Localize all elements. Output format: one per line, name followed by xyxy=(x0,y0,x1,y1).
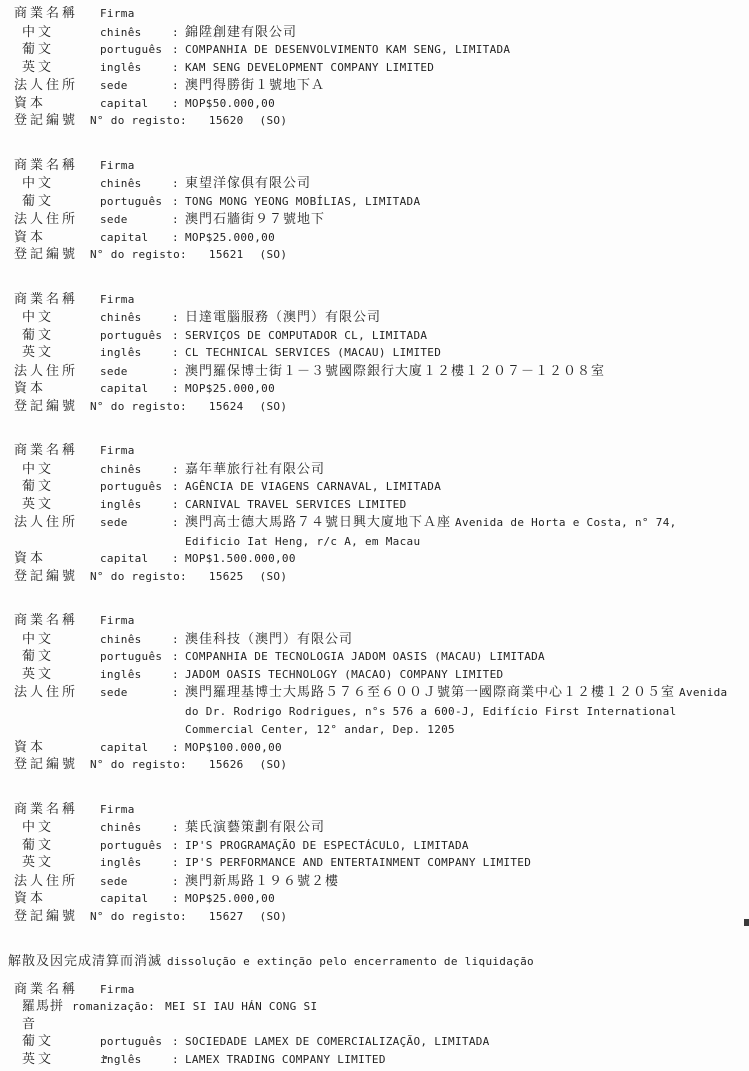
capital-row: 資本 capital :MOP$25.000,00 xyxy=(14,229,737,247)
colon: : xyxy=(172,175,185,193)
chinese-label-pt: chinês xyxy=(100,631,172,649)
chinese-name-row: 中文 chinês :日達電腦服務（澳門）有限公司 xyxy=(14,308,737,327)
registo-suffix: (SO) xyxy=(260,398,288,416)
sede-label-zh: 法人住所 xyxy=(14,211,100,229)
chinese-label-zh: 中文 xyxy=(14,819,100,837)
chinese-name-row: 中文 chinês :錦陞創建有限公司 xyxy=(14,23,737,42)
romanization-value: MEI SI IAU HÁN CONG SI xyxy=(165,998,317,1016)
registo-row: 登記編號 N° do registo: 15627 (SO) xyxy=(14,908,737,926)
english-label-zh: 英文 xyxy=(14,344,100,362)
colon: : xyxy=(172,837,185,855)
capital-row: 資本 capital :MOP$50.000,00 xyxy=(14,95,737,113)
company-entry-dissolved: 商業名稱 Firma 羅馬拼音 romanização: MEI SI IAU … xyxy=(14,981,737,1069)
registo-label-zh: 登記編號 xyxy=(14,908,90,926)
capital-label-pt: capital xyxy=(100,550,172,568)
company-entry-15627: 商業名稱 Firma 中文 chinês :葉氏演藝策劃有限公司 葡文 port… xyxy=(14,801,737,926)
firma-label-zh: 商業名稱 xyxy=(14,981,100,999)
sede-label-zh: 法人住所 xyxy=(14,684,100,702)
english-name-value: :IP'S PERFORMANCE AND ENTERTAINMENT COMP… xyxy=(172,854,737,872)
colon: : xyxy=(172,514,185,532)
sede-value: :澳門得勝街１號地下Ａ xyxy=(172,76,737,95)
registo-number: 15627 xyxy=(209,908,244,926)
chinese-label-pt: chinês xyxy=(100,24,172,42)
sede-row: 法人住所 sede :澳門石牆街９７號地下 xyxy=(14,210,737,229)
section-heading-pt: dissolução e extinção pelo encerramento … xyxy=(167,955,534,968)
capital-label-zh: 資本 xyxy=(14,550,100,568)
sede-label-pt: sede xyxy=(100,363,172,381)
portuguese-name-value: :SOCIEDADE LAMEX DE COMERCIALIZAÇÃO, LIM… xyxy=(172,1033,737,1051)
chinese-name-row: 中文 chinês :澳佳科技（澳門）有限公司 xyxy=(14,630,737,649)
sede-label-pt: sede xyxy=(100,514,172,532)
registo-label-zh: 登記編號 xyxy=(14,756,90,774)
sede-row: 法人住所 sede :澳門得勝街１號地下Ａ xyxy=(14,76,737,95)
chinese-label-zh: 中文 xyxy=(14,175,100,193)
firma-label-pt: Firma xyxy=(100,291,172,309)
capital-value: :MOP$1.500.000,00 xyxy=(172,550,737,568)
english-name-row: 英文 inglês :IP'S PERFORMANCE AND ENTERTAI… xyxy=(14,854,737,872)
chinese-name-row: 中文 chinês :東望洋傢俱有限公司 xyxy=(14,174,737,193)
sede-label-pt: sede xyxy=(100,873,172,891)
english-label-zh: 英文 xyxy=(14,666,100,684)
colon: : xyxy=(172,59,185,77)
chinese-name-value: :澳佳科技（澳門）有限公司 xyxy=(172,630,737,649)
capital-value: :MOP$100.000,00 xyxy=(172,739,737,757)
portuguese-label-zh: 葡文 xyxy=(14,1033,100,1051)
colon: : xyxy=(172,363,185,381)
colon: : xyxy=(172,327,185,345)
firma-label-pt: Firma xyxy=(100,442,172,460)
colon: : xyxy=(172,41,185,59)
firma-row: 商業名稱 Firma xyxy=(14,612,737,630)
chinese-name-value: :錦陞創建有限公司 xyxy=(172,23,737,42)
firma-row: 商業名稱 Firma xyxy=(14,5,737,23)
capital-label-zh: 資本 xyxy=(14,739,100,757)
sede-row: 法人住所 sede :澳門羅理基博士大馬路５７６至６００Ｊ號第一國際商業中心１２… xyxy=(14,683,737,739)
sede-label-pt: sede xyxy=(100,684,172,702)
registo-row: 登記編號 N° do registo: 15620 (SO) xyxy=(14,112,737,130)
scan-speck xyxy=(103,1056,107,1059)
sede-value: :澳門石牆街９７號地下 xyxy=(172,210,737,229)
colon: : xyxy=(172,631,185,649)
capital-row: 資本 capital :MOP$25.000,00 xyxy=(14,890,737,908)
english-name-row: 英文 inglês :LAMEX TRADING COMPANY LIMITED xyxy=(14,1051,737,1069)
capital-label-pt: capital xyxy=(100,380,172,398)
sede-label-pt: sede xyxy=(100,77,172,95)
portuguese-name-value: :AGÊNCIA DE VIAGENS CARNAVAL, LIMITADA xyxy=(172,478,737,496)
registo-label-pt: N° do registo: xyxy=(90,756,187,774)
capital-label-pt: capital xyxy=(100,739,172,757)
firma-row: 商業名稱 Firma xyxy=(14,442,737,460)
firma-label-zh: 商業名稱 xyxy=(14,442,100,460)
registo-number: 15620 xyxy=(209,112,244,130)
chinese-label-pt: chinês xyxy=(100,819,172,837)
english-name-value: :KAM SENG DEVELOPMENT COMPANY LIMITED xyxy=(172,59,737,77)
chinese-label-zh: 中文 xyxy=(14,309,100,327)
registo-label-pt: N° do registo: xyxy=(90,908,187,926)
capital-label-zh: 資本 xyxy=(14,95,100,113)
romanization-label-pt: romanização: xyxy=(72,998,155,1016)
portuguese-label-pt: português xyxy=(100,193,172,211)
firma-label-pt: Firma xyxy=(100,5,172,23)
english-label-zh: 英文 xyxy=(14,1051,100,1069)
colon: : xyxy=(172,229,185,247)
registo-label-zh: 登記編號 xyxy=(14,112,90,130)
firma-row: 商業名稱 Firma xyxy=(14,157,737,175)
registo-suffix: (SO) xyxy=(260,246,288,264)
english-name-value: :CL TECHNICAL SERVICES (MACAU) LIMITED xyxy=(172,344,737,362)
firma-label-zh: 商業名稱 xyxy=(14,157,100,175)
english-label-zh: 英文 xyxy=(14,59,100,77)
firma-row: 商業名稱 Firma xyxy=(14,801,737,819)
portuguese-name-row: 葡文 português :AGÊNCIA DE VIAGENS CARNAVA… xyxy=(14,478,737,496)
registo-label-zh: 登記編號 xyxy=(14,568,90,586)
colon: : xyxy=(172,309,185,327)
registo-label-zh: 登記編號 xyxy=(14,398,90,416)
registo-row: 登記編號 N° do registo: 15621 (SO) xyxy=(14,246,737,264)
colon: : xyxy=(172,77,185,95)
sede-row: 法人住所 sede :澳門高士德大馬路７４號日興大廈地下Ａ座 Avenida d… xyxy=(14,513,737,550)
capital-row: 資本 capital :MOP$100.000,00 xyxy=(14,739,737,757)
sede-label-pt: sede xyxy=(100,211,172,229)
capital-label-pt: capital xyxy=(100,229,172,247)
registo-number: 15625 xyxy=(209,568,244,586)
portuguese-name-value: :COMPANHIA DE TECNOLOGIA JADOM OASIS (MA… xyxy=(172,648,737,666)
colon: : xyxy=(172,193,185,211)
company-entry-15620: 商業名稱 Firma 中文 chinês :錦陞創建有限公司 葡文 portug… xyxy=(14,5,737,130)
portuguese-name-row: 葡文 português :SOCIEDADE LAMEX DE COMERCI… xyxy=(14,1033,737,1051)
chinese-label-zh: 中文 xyxy=(14,24,100,42)
registo-suffix: (SO) xyxy=(260,908,288,926)
portuguese-name-value: :SERVIÇOS DE COMPUTADOR CL, LIMITADA xyxy=(172,327,737,345)
registo-row: 登記編號 N° do registo: 15625 (SO) xyxy=(14,568,737,586)
sede-row: 法人住所 sede :澳門羅保博士街１－３號國際銀行大廈１２樓１２０７－１２０８… xyxy=(14,362,737,381)
firma-label-zh: 商業名稱 xyxy=(14,801,100,819)
capital-label-zh: 資本 xyxy=(14,380,100,398)
english-name-row: 英文 inglês :CARNIVAL TRAVEL SERVICES LIMI… xyxy=(14,496,737,514)
portuguese-label-pt: português xyxy=(100,478,172,496)
english-label-pt: inglês xyxy=(100,1051,172,1069)
english-label-zh: 英文 xyxy=(14,496,100,514)
colon: : xyxy=(172,380,185,398)
colon: : xyxy=(172,1051,185,1069)
portuguese-label-zh: 葡文 xyxy=(14,193,100,211)
section-heading-zh: 解散及因完成清算而消滅 xyxy=(8,954,162,969)
colon: : xyxy=(172,890,185,908)
portuguese-name-row: 葡文 português :IP'S PROGRAMAÇÃO DE ESPECT… xyxy=(14,837,737,855)
chinese-label-zh: 中文 xyxy=(14,631,100,649)
english-label-zh: 英文 xyxy=(14,854,100,872)
firma-label-zh: 商業名稱 xyxy=(14,291,100,309)
portuguese-label-zh: 葡文 xyxy=(14,327,100,345)
capital-value: :MOP$25.000,00 xyxy=(172,229,737,247)
portuguese-label-pt: português xyxy=(100,648,172,666)
company-entry-15626: 商業名稱 Firma 中文 chinês :澳佳科技（澳門）有限公司 葡文 po… xyxy=(14,612,737,774)
colon: : xyxy=(172,648,185,666)
portuguese-name-row: 葡文 português :COMPANHIA DE DESENVOLVIMEN… xyxy=(14,41,737,59)
english-label-pt: inglês xyxy=(100,854,172,872)
portuguese-name-value: :TONG MONG YEONG MOBÍLIAS, LIMITADA xyxy=(172,193,737,211)
portuguese-name-value: :COMPANHIA DE DESENVOLVIMENTO KAM SENG, … xyxy=(172,41,737,59)
english-name-value: :JADOM OASIS TECHNOLOGY (MACAO) COMPANY … xyxy=(172,666,737,684)
romanization-row: 羅馬拼音 romanização: MEI SI IAU HÁN CONG SI xyxy=(14,998,737,1033)
portuguese-label-pt: português xyxy=(100,41,172,59)
colon: : xyxy=(172,1033,185,1051)
colon: : xyxy=(172,95,185,113)
colon: : xyxy=(172,211,185,229)
english-name-row: 英文 inglês :JADOM OASIS TECHNOLOGY (MACAO… xyxy=(14,666,737,684)
colon: : xyxy=(172,550,185,568)
portuguese-name-row: 葡文 português :COMPANHIA DE TECNOLOGIA JA… xyxy=(14,648,737,666)
registo-label-pt: N° do registo: xyxy=(90,246,187,264)
portuguese-label-zh: 葡文 xyxy=(14,478,100,496)
registo-number: 15624 xyxy=(209,398,244,416)
registo-label-pt: N° do registo: xyxy=(90,568,187,586)
registo-label-pt: N° do registo: xyxy=(90,398,187,416)
registo-suffix: (SO) xyxy=(260,568,288,586)
capital-row: 資本 capital :MOP$25.000,00 xyxy=(14,380,737,398)
chinese-label-pt: chinês xyxy=(100,461,172,479)
english-name-value: :LAMEX TRADING COMPANY LIMITED xyxy=(172,1051,737,1069)
firma-label-pt: Firma xyxy=(100,981,172,999)
firma-row: 商業名稱 Firma xyxy=(14,291,737,309)
colon: : xyxy=(172,819,185,837)
colon: : xyxy=(172,24,185,42)
portuguese-name-row: 葡文 português :TONG MONG YEONG MOBÍLIAS, … xyxy=(14,193,737,211)
colon: : xyxy=(172,873,185,891)
capital-row: 資本 capital :MOP$1.500.000,00 xyxy=(14,550,737,568)
capital-value: :MOP$25.000,00 xyxy=(172,890,737,908)
capital-label-pt: capital xyxy=(100,95,172,113)
portuguese-name-value: :IP'S PROGRAMAÇÃO DE ESPECTÁCULO, LIMITA… xyxy=(172,837,737,855)
firma-row: 商業名稱 Firma xyxy=(14,981,737,999)
chinese-label-pt: chinês xyxy=(100,309,172,327)
sede-row: 法人住所 sede :澳門新馬路１９６號２樓 xyxy=(14,872,737,891)
portuguese-label-pt: português xyxy=(100,837,172,855)
section-heading-dissolution: 解散及因完成清算而消滅dissolução e extinção pelo en… xyxy=(8,952,737,971)
portuguese-label-pt: português xyxy=(100,1033,172,1051)
chinese-name-value: :嘉年華旅行社有限公司 xyxy=(172,460,737,479)
registo-row: 登記編號 N° do registo: 15626 (SO) xyxy=(14,756,737,774)
sede-value: :澳門羅保博士街１－３號國際銀行大廈１２樓１２０７－１２０８室 xyxy=(172,362,737,381)
firma-label-zh: 商業名稱 xyxy=(14,5,100,23)
colon: : xyxy=(172,666,185,684)
company-entry-15621: 商業名稱 Firma 中文 chinês :東望洋傢俱有限公司 葡文 portu… xyxy=(14,157,737,264)
scan-edge-mark xyxy=(744,919,749,926)
colon: : xyxy=(172,684,185,702)
english-name-value: :CARNIVAL TRAVEL SERVICES LIMITED xyxy=(172,496,737,514)
colon: : xyxy=(172,739,185,757)
registo-row: 登記編號 N° do registo: 15624 (SO) xyxy=(14,398,737,416)
english-label-pt: inglês xyxy=(100,59,172,77)
portuguese-name-row: 葡文 português :SERVIÇOS DE COMPUTADOR CL,… xyxy=(14,327,737,345)
english-label-pt: inglês xyxy=(100,344,172,362)
english-name-row: 英文 inglês :CL TECHNICAL SERVICES (MACAU)… xyxy=(14,344,737,362)
chinese-name-value: :東望洋傢俱有限公司 xyxy=(172,174,737,193)
sede-label-zh: 法人住所 xyxy=(14,873,100,891)
chinese-name-value: :日達電腦服務（澳門）有限公司 xyxy=(172,308,737,327)
gazette-page: 商業名稱 Firma 中文 chinês :錦陞創建有限公司 葡文 portug… xyxy=(0,0,749,1071)
sede-value: :澳門新馬路１９６號２樓 xyxy=(172,872,737,891)
colon: : xyxy=(172,496,185,514)
chinese-name-value: :葉氏演藝策劃有限公司 xyxy=(172,818,737,837)
romanization-label-zh: 羅馬拼音 xyxy=(14,998,72,1033)
company-entry-15625: 商業名稱 Firma 中文 chinês :嘉年華旅行社有限公司 葡文 port… xyxy=(14,442,737,585)
sede-label-zh: 法人住所 xyxy=(14,363,100,381)
registo-number: 15621 xyxy=(209,246,244,264)
registo-label-zh: 登記編號 xyxy=(14,246,90,264)
sede-label-zh: 法人住所 xyxy=(14,514,100,532)
english-label-pt: inglês xyxy=(100,496,172,514)
firma-label-pt: Firma xyxy=(100,612,172,630)
english-label-pt: inglês xyxy=(100,666,172,684)
capital-label-zh: 資本 xyxy=(14,229,100,247)
english-name-row: 英文 inglês :KAM SENG DEVELOPMENT COMPANY … xyxy=(14,59,737,77)
capital-value: :MOP$25.000,00 xyxy=(172,380,737,398)
registo-label-pt: N° do registo: xyxy=(90,112,187,130)
capital-value: :MOP$50.000,00 xyxy=(172,95,737,113)
chinese-name-row: 中文 chinês :嘉年華旅行社有限公司 xyxy=(14,460,737,479)
registo-suffix: (SO) xyxy=(260,756,288,774)
capital-label-zh: 資本 xyxy=(14,890,100,908)
registo-suffix: (SO) xyxy=(260,112,288,130)
portuguese-label-pt: português xyxy=(100,327,172,345)
firma-label-pt: Firma xyxy=(100,801,172,819)
portuguese-label-zh: 葡文 xyxy=(14,837,100,855)
colon: : xyxy=(172,461,185,479)
sede-value: :澳門高士德大馬路７４號日興大廈地下Ａ座 Avenida de Horta e … xyxy=(172,513,737,550)
firma-label-zh: 商業名稱 xyxy=(14,612,100,630)
company-entry-15624: 商業名稱 Firma 中文 chinês :日達電腦服務（澳門）有限公司 葡文 … xyxy=(14,291,737,416)
chinese-label-pt: chinês xyxy=(100,175,172,193)
sede-label-zh: 法人住所 xyxy=(14,77,100,95)
portuguese-label-zh: 葡文 xyxy=(14,648,100,666)
capital-label-pt: capital xyxy=(100,890,172,908)
firma-label-pt: Firma xyxy=(100,157,172,175)
chinese-label-zh: 中文 xyxy=(14,461,100,479)
chinese-name-row: 中文 chinês :葉氏演藝策劃有限公司 xyxy=(14,818,737,837)
portuguese-label-zh: 葡文 xyxy=(14,41,100,59)
colon: : xyxy=(172,478,185,496)
registo-number: 15626 xyxy=(209,756,244,774)
colon: : xyxy=(172,344,185,362)
sede-value: :澳門羅理基博士大馬路５７６至６００Ｊ號第一國際商業中心１２樓１２０５室 Ave… xyxy=(172,683,737,739)
colon: : xyxy=(172,854,185,872)
